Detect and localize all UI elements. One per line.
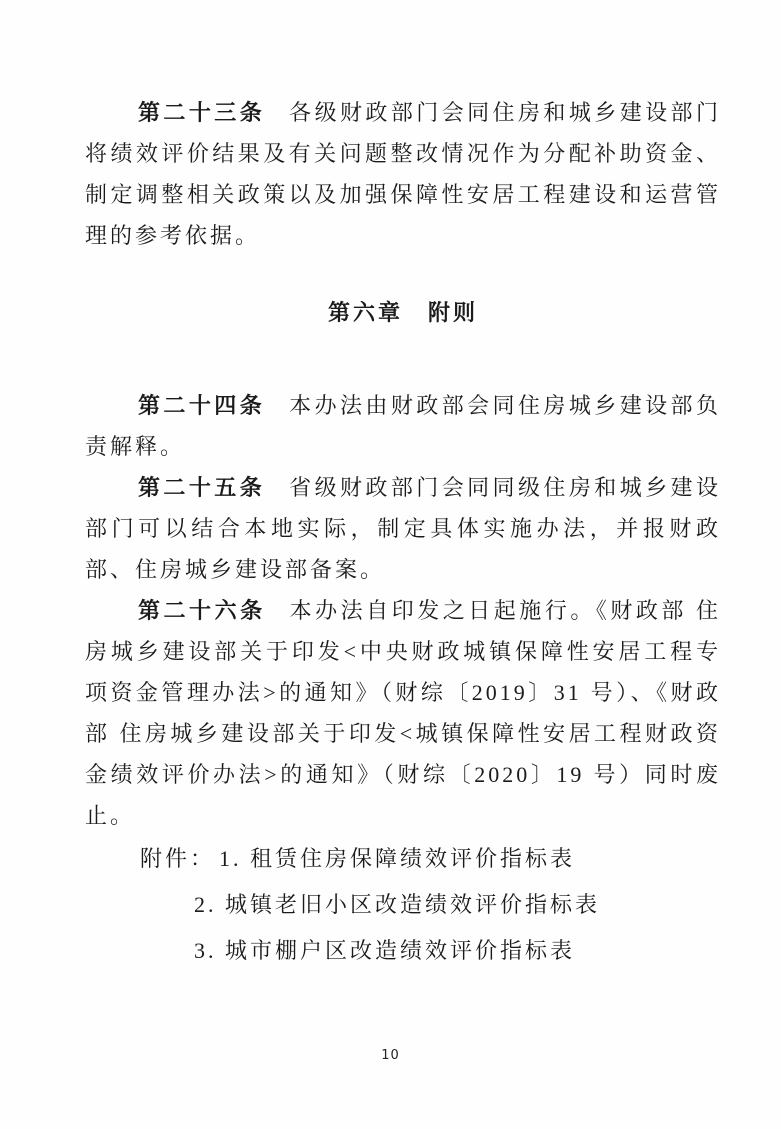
document-body: 第二十三条各级财政部门会同住房和城乡建设部门将绩效评价结果及有关问题整改情况作为… <box>85 92 721 976</box>
attachment-item-1-line: 附件：1. 租赁住房保障绩效评价指标表 <box>140 838 721 879</box>
attachment-item-2: 2. 城镇老旧小区改造绩效评价指标表 <box>140 884 721 925</box>
chapter-6-heading: 第六章 附则 <box>85 292 721 333</box>
article-25-paragraph: 第二十五条省级财政部门会同同级住房和城乡建设部门可以结合本地实际，制定具体实施办… <box>85 467 721 590</box>
attachment-item-1: 1. 租赁住房保障绩效评价指标表 <box>219 846 575 871</box>
article-25-number: 第二十五条 <box>138 475 265 500</box>
article-23-paragraph: 第二十三条各级财政部门会同住房和城乡建设部门将绩效评价结果及有关问题整改情况作为… <box>85 92 721 256</box>
article-26-paragraph: 第二十六条本办法自印发之日起施行。《财政部 住房城乡建设部关于印发<中央财政城镇… <box>85 590 721 836</box>
document-page: 第二十三条各级财政部门会同住房和城乡建设部门将绩效评价结果及有关问题整改情况作为… <box>0 0 781 1129</box>
attachments-label: 附件： <box>140 846 215 871</box>
article-26-text: 本办法自印发之日起施行。《财政部 住房城乡建设部关于印发<中央财政城镇保障性安居… <box>85 598 721 828</box>
article-23-number: 第二十三条 <box>138 100 265 125</box>
page-number: 10 <box>0 1048 781 1063</box>
article-24-number: 第二十四条 <box>138 393 265 418</box>
attachments-block: 附件：1. 租赁住房保障绩效评价指标表 2. 城镇老旧小区改造绩效评价指标表 3… <box>140 838 721 971</box>
article-26-number: 第二十六条 <box>138 598 266 623</box>
attachment-item-3: 3. 城市棚户区改造绩效评价指标表 <box>140 930 721 971</box>
article-24-paragraph: 第二十四条本办法由财政部会同住房城乡建设部负责解释。 <box>85 385 721 467</box>
